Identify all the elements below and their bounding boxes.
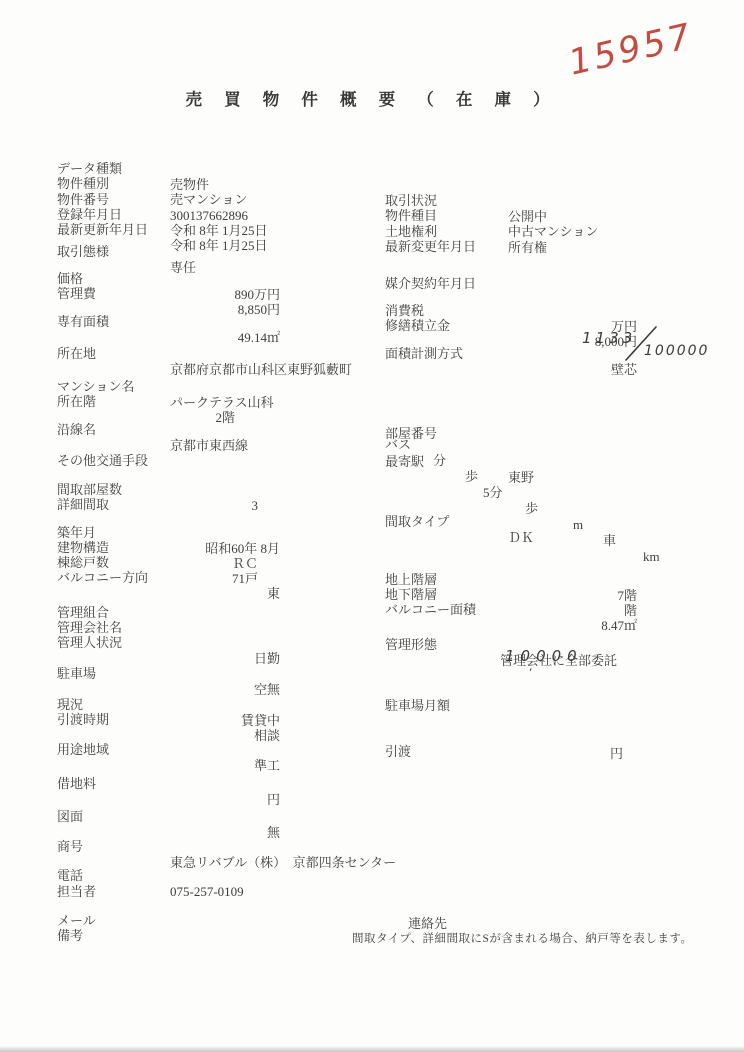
form-row: 用途地域 準工	[0, 726, 744, 742]
floors-above-label: 地上階層	[385, 572, 437, 588]
form-row: 現況 賃貸中	[0, 681, 744, 697]
zoning-label: 用途地域	[57, 742, 109, 758]
form-row: データ種類 売物件 取引状況 公開中	[0, 145, 744, 161]
form-row: 価格 890万円 消費税 万円	[0, 255, 744, 271]
transit-row: バス 分 歩 5分 歩 m 車 km	[0, 421, 744, 437]
land-rent-label: 借地料	[57, 776, 96, 792]
form-row: メール	[0, 897, 744, 913]
form-row: 所在階 2階 部屋番号	[0, 378, 744, 394]
form-row: 間取部屋数 3 間取タイプ ＤＫ	[0, 466, 744, 482]
form-row: 物件番号 300137662896 土地権利 所有権	[0, 176, 744, 192]
area-measurement-label: 面積計測方式	[385, 346, 463, 362]
form-row: 管理費 8,850円 修繕積立金 8,000円	[0, 270, 744, 286]
handwritten-fraction-denominator: 100000	[644, 343, 709, 359]
scan-bottom-edge	[0, 1046, 744, 1052]
form-row: 備考	[0, 912, 744, 928]
form-row: 沿線名 京都市東西線 最寄駅 東野	[0, 406, 744, 422]
location-label: 所在地	[57, 346, 96, 362]
form-row: 棟総戸数 71戸 地下階層 階	[0, 539, 744, 555]
form-row: 築年月 昭和60年 8月	[0, 509, 744, 525]
form-row: 専有面積 49.14㎡ 面積計測方式 壁芯	[0, 298, 744, 314]
form-row: 電話 075-257-0109	[0, 852, 744, 868]
form-row: その他交通手段	[0, 437, 744, 453]
form-row: 商号 東急リバブル（株） 京都四条センター	[0, 823, 744, 839]
exclusive-area-label: 専有面積	[57, 314, 109, 330]
total-units-value: 71戸	[170, 571, 258, 587]
form-row: 建物構造 ＲＣ 地上階層 7階	[0, 524, 744, 540]
form-row: バルコニー方向 東 バルコニー面積 8.47㎡	[0, 554, 744, 570]
form-row: 借地料 円	[0, 760, 744, 776]
form-row: 引渡時期 相談 引渡	[0, 696, 744, 712]
form-row: 物件種別 売マンション 物件種目 中古マンション	[0, 160, 744, 176]
form-row: マンション名 パークテラス山科	[0, 363, 744, 379]
form-row: 管理組合 管理形態 管理会社に全部委託	[0, 589, 744, 605]
footer-note: 間取タイプ、詳細間取にSが含まれる場合、納戸等を表します。	[352, 930, 692, 946]
handwritten-parking-fee-comma: ,	[529, 659, 533, 675]
caretaker-status-label: 管理人状況	[57, 635, 122, 651]
handwritten-doc-number: 15957	[565, 16, 697, 83]
form-row: 詳細間取	[0, 481, 744, 497]
remarks-label: 備考	[57, 928, 83, 944]
form-row: 担当者 連絡先	[0, 868, 744, 884]
page-title: 売 買 物 件 概 要 （ 在 庫 ）	[0, 86, 744, 110]
form-row: 登録年月日 令和 8年 1月25日 最新変更年月日	[0, 191, 744, 207]
form-row: 管理人状況 日勤	[0, 619, 744, 635]
form-row: 取引態様 専任 媒介契約年月日	[0, 228, 744, 244]
handwritten-parking-fee: 10000	[505, 648, 583, 664]
balcony-direction-label: バルコニー方向	[57, 570, 148, 586]
form-row: 図面 無	[0, 793, 744, 809]
form-row: 管理会社名	[0, 604, 744, 620]
form-row: 最新更新年月日 令和 8年 1月25日	[0, 206, 744, 222]
property-summary-sheet: 15957 売 買 物 件 概 要 （ 在 庫 ） データ種類 売物件 取引状況…	[0, 0, 744, 1052]
handover-label: 引渡	[385, 744, 411, 760]
form-row: 駐車場 空無 駐車場月額 10000 , 円	[0, 650, 744, 666]
parking-label: 駐車場	[57, 666, 96, 682]
